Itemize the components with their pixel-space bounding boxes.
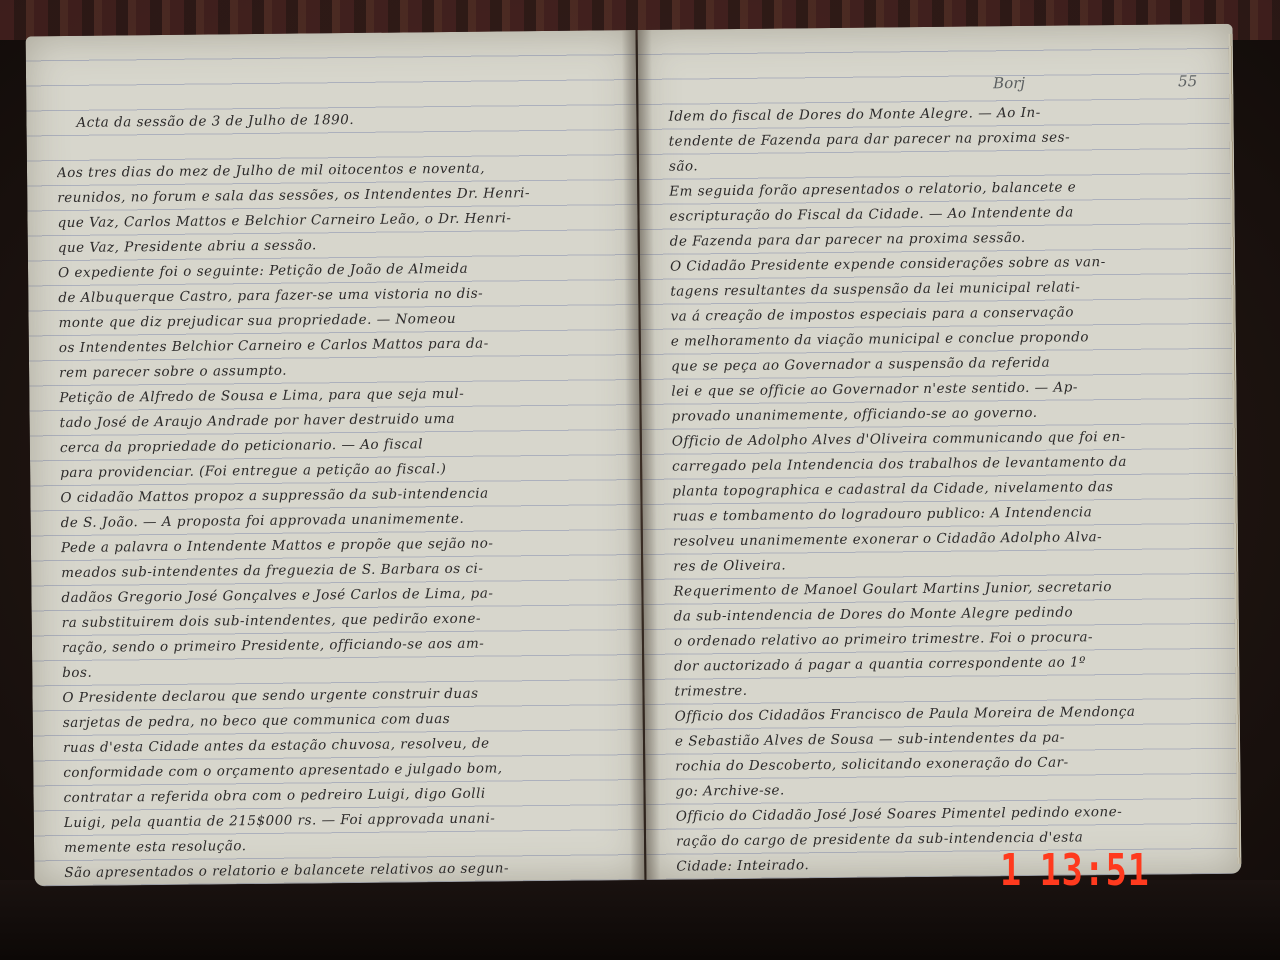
page-number: 55 xyxy=(1178,72,1197,90)
left-page-text: Acta da sessão de 3 de Julho de 1890.Aos… xyxy=(56,105,625,886)
timestamp-day: 1 xyxy=(1000,845,1022,896)
timestamp-time: 13:51 xyxy=(1040,845,1150,896)
right-page: Borj 55 Idem do fiscal de Dores do Monte… xyxy=(638,24,1242,880)
left-page: Acta da sessão de 3 de Julho de 1890.Aos… xyxy=(26,30,645,886)
open-ledger: Acta da sessão de 3 de Julho de 1890.Aos… xyxy=(26,24,1255,887)
marginal-note: Borj xyxy=(993,74,1025,92)
right-page-text: Idem do fiscal de Dores do Monte Alegre.… xyxy=(668,99,1222,880)
camera-timestamp: 113:51 xyxy=(1000,845,1167,896)
page-edges xyxy=(1229,34,1242,864)
